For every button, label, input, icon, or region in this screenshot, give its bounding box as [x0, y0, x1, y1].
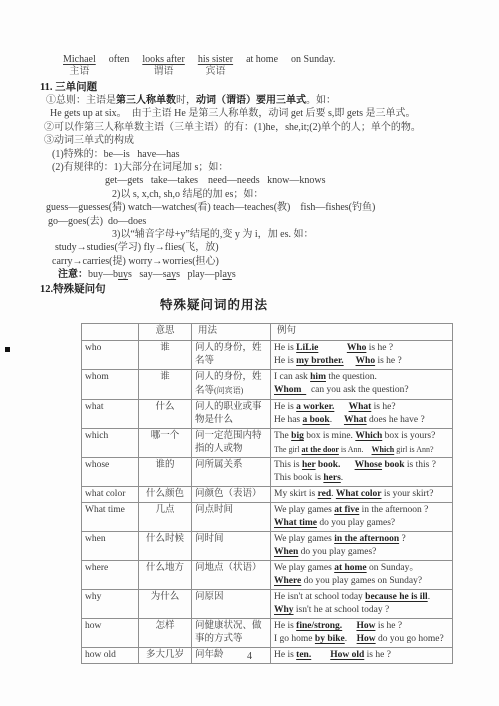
- text-segment: at the door: [302, 445, 339, 454]
- meaning-cell: 什么颜色: [139, 486, 192, 502]
- meaning-cell: 几点: [139, 502, 192, 531]
- column-header: 例句: [271, 323, 453, 340]
- text-segment: is this ?: [405, 460, 436, 470]
- text-segment: box is mine.: [304, 431, 355, 441]
- examples-cell: We play games in the afternoon ?When do …: [271, 531, 453, 560]
- sentence-word: often: [109, 54, 130, 66]
- text-segment: The girl: [274, 445, 302, 454]
- page-number: 4: [0, 651, 499, 662]
- body-line: ①总则：主语是第三人称单数时，动词（谓语）要用三单式。如：: [46, 94, 499, 107]
- usage-cell: 问人的职业或事物是什么: [192, 399, 271, 428]
- text-segment: 问一定范围内特指的人或物: [195, 431, 262, 454]
- text-segment: ay: [222, 269, 231, 280]
- grammar-role-label: 主语: [63, 66, 96, 78]
- sentence-part: often: [109, 54, 130, 78]
- grammar-role-label: [109, 66, 130, 78]
- meaning-cell: 谁: [139, 369, 192, 399]
- text-segment: [318, 343, 347, 353]
- text-segment: I can ask: [274, 372, 310, 382]
- table-header-row: 意思用法例句: [82, 323, 453, 340]
- text-segment: her: [302, 460, 316, 470]
- examples-cell: He is LiLie Who is he ?He is my brother.…: [271, 340, 453, 369]
- text-segment: Who: [356, 356, 376, 366]
- text-segment: a worker.: [296, 402, 334, 412]
- body-line: ③动词三单式的构成: [44, 134, 499, 147]
- text-segment: s say—s: [128, 269, 167, 280]
- text-segment: 问人的职业或事物是什么: [195, 402, 262, 425]
- text-segment: (问宾语): [214, 386, 243, 395]
- meaning-cell: 什么: [139, 399, 192, 428]
- question-word-cell: what color: [82, 486, 139, 502]
- table-title: 特殊疑问词的用法: [160, 298, 499, 313]
- examples-cell: He isn't at school today because he is i…: [271, 589, 453, 618]
- sentence-word: his sister: [198, 54, 233, 66]
- text-segment: How: [356, 621, 375, 631]
- text-segment: is he ?: [366, 343, 393, 353]
- body-line: 注意：buy—buys say—says play—plays: [58, 268, 499, 281]
- example-line: He is fine/strong. How is he ?: [274, 620, 449, 633]
- section-11-heading: 11. 三单问题: [40, 81, 499, 94]
- text-segment: .: [428, 592, 430, 602]
- text-segment: by bike: [315, 634, 345, 644]
- text-segment: .: [345, 634, 357, 644]
- example-line: We play games at home on Sunday。: [274, 562, 449, 575]
- text-segment: I go home: [274, 634, 315, 644]
- text-segment: isn't he at school today ?: [294, 605, 390, 615]
- text-segment: How: [357, 634, 376, 644]
- sentence-word: at home: [246, 54, 278, 66]
- grammar-role-label: 谓语: [142, 66, 185, 78]
- text-segment: 问颜色（表语）: [195, 489, 262, 499]
- text-segment: He is: [274, 621, 296, 631]
- usage-cell: 问地点（状语）: [192, 560, 271, 589]
- text-segment: 时，: [176, 95, 196, 106]
- text-segment: Which: [372, 445, 395, 454]
- text-segment: ?: [399, 534, 406, 544]
- sentence-part: on Sunday.: [291, 54, 335, 78]
- text-segment: is Ann.: [339, 445, 372, 454]
- example-line: Where do you play games on Sunday?: [274, 575, 449, 588]
- text-segment: at home: [334, 563, 366, 573]
- example-line: He is a worker. What is he?: [274, 401, 449, 414]
- section-12-heading: 12.特殊疑问句: [40, 283, 499, 296]
- body-line: ②可以作第三人称单数主语（三单主语）的有：(1)he，she,it;(2)单个的…: [44, 121, 499, 134]
- body-line: carry→carries(提) worry→worries(担心): [52, 255, 499, 268]
- text-segment: 问原因: [195, 592, 224, 602]
- sentence-word: Michael: [63, 54, 96, 66]
- sentence-part: at home: [246, 54, 278, 78]
- table-row: who谁问人的身份，姓名等He is LiLie Who is he ?He i…: [82, 340, 453, 369]
- text-segment: 注意：: [58, 269, 88, 280]
- text-segment: is he?: [371, 402, 395, 412]
- table-row: where什么地方问地点（状语）We play games at home on…: [82, 560, 453, 589]
- example-line: This book is hers.: [274, 472, 449, 485]
- text-segment: guess—guesses(猜) watch—watches(看) teach—…: [46, 202, 375, 213]
- example-line: Whom can you ask the question?: [274, 384, 449, 397]
- text-segment: carry→carries(提) worry→worries(担心): [52, 256, 219, 267]
- text-segment: my brother.: [296, 356, 344, 366]
- text-segment: This is: [274, 460, 302, 470]
- usage-cell: 问所属关系: [192, 457, 271, 486]
- usage-cell: 问颜色（表语）: [192, 486, 271, 502]
- text-segment: in the afternoon: [334, 534, 399, 544]
- table-row: what color什么颜色问颜色（表语）My skirt is red. Wh…: [82, 486, 453, 502]
- text-segment: Which: [355, 431, 382, 441]
- meaning-cell: 为什么: [139, 589, 192, 618]
- body-line: He gets up at six。 由于主语 He 是第三人称单数，动词 ge…: [50, 107, 499, 120]
- text-segment: study→studies(学习) fly→flies(飞，放): [55, 242, 219, 253]
- question-word-cell: which: [82, 428, 139, 457]
- body-line: 2)以 s, x,ch, sh,o 结尾的加 es；如：: [112, 188, 499, 201]
- table-row: whom谁问人的身份，姓名等(问宾语)I can ask him the que…: [82, 369, 453, 399]
- text-segment: ay: [167, 269, 176, 280]
- text-segment: is your skirt?: [382, 489, 434, 499]
- text-segment: We play games: [274, 534, 334, 544]
- meaning-cell: 怎样: [139, 618, 192, 647]
- document-page: Michael主语oftenlooks after谓语his sister宾语a…: [0, 0, 499, 706]
- text-segment: 问点时间: [195, 505, 233, 515]
- example-line: The big box is mine. Which box is yours?: [274, 430, 449, 443]
- text-segment: .: [330, 415, 344, 425]
- body-line: (2)有规律的：1)大部分在词尾加 s；如：: [52, 161, 499, 174]
- text-segment: [340, 460, 354, 470]
- text-segment: 第三人称单数: [116, 95, 176, 106]
- text-segment: This book is: [274, 473, 323, 483]
- text-segment: on Sunday。: [367, 563, 419, 573]
- question-word-cell: how: [82, 618, 139, 647]
- text-segment: .: [341, 473, 343, 483]
- sentence-word: on Sunday.: [291, 54, 335, 66]
- text-segment: the question.: [326, 372, 377, 382]
- text-segment: [334, 402, 348, 412]
- sentence-diagram: Michael主语oftenlooks after谓语his sister宾语a…: [63, 54, 499, 78]
- text-segment: He is: [274, 356, 296, 366]
- example-line: The girl at the door is Ann. Which girl …: [274, 443, 449, 456]
- text-segment: What: [349, 402, 372, 412]
- text-segment: box is yours?: [382, 431, 435, 441]
- examples-cell: This is her book. Whose book is this ?Th…: [271, 457, 453, 486]
- text-segment: girl is Ann?: [394, 445, 433, 454]
- question-word-cell: who: [82, 340, 139, 369]
- text-segment: He is: [274, 402, 296, 412]
- usage-cell: 问时间: [192, 531, 271, 560]
- question-word-cell: What time: [82, 502, 139, 531]
- meaning-cell: 什么地方: [139, 560, 192, 589]
- text-segment: 3)以“辅音字母+y”结尾的,变 y 为 i，加 es. 如：: [112, 229, 313, 240]
- text-segment: Whose: [355, 460, 382, 470]
- text-segment: The: [274, 431, 291, 441]
- text-segment: 2)以 s, x,ch, sh,o 结尾的加 es；如：: [112, 189, 263, 200]
- sentence-word: looks after: [142, 54, 185, 66]
- margin-dot: [5, 347, 10, 352]
- sentence-part: Michael主语: [63, 54, 96, 78]
- meaning-cell: 谁: [139, 340, 192, 369]
- text-segment: do you play games on Sunday?: [301, 576, 422, 586]
- text-segment: 动词（谓语）要用三单式: [196, 95, 306, 106]
- text-segment: We play games: [274, 563, 334, 573]
- text-segment: (1)特殊的：be—is have—has: [52, 149, 179, 160]
- section-11-body: ①总则：主语是第三人称单数时，动词（谓语）要用三单式。如：He gets up …: [0, 94, 499, 282]
- examples-cell: He is a worker. What is he?He has a book…: [271, 399, 453, 428]
- meaning-cell: 什么时候: [139, 531, 192, 560]
- examples-cell: The big box is mine. Which box is yours?…: [271, 428, 453, 457]
- table-row: What time几点问点时间We play games at five in …: [82, 502, 453, 531]
- example-line: He is my brother. Who is he ?: [274, 355, 449, 368]
- text-segment: ③动词三单式的构成: [44, 135, 134, 146]
- example-line: He has a book. What does he have ?: [274, 414, 449, 427]
- text-segment: s play—pl: [176, 269, 222, 280]
- text-segment: s: [232, 269, 236, 280]
- usage-cell: 问人的身份，姓名等(问宾语): [192, 369, 271, 399]
- text-segment: big: [291, 431, 304, 441]
- grammar-role-label: [291, 66, 335, 78]
- text-segment: 问地点（状语）: [195, 563, 262, 573]
- examples-cell: We play games at home on Sunday。Where do…: [271, 560, 453, 589]
- text-segment: He isn't at school today: [274, 592, 365, 602]
- question-word-cell: whose: [82, 457, 139, 486]
- text-segment: a book: [303, 415, 330, 425]
- question-word-cell: when: [82, 531, 139, 560]
- example-line: This is her book. Whose book is this ?: [274, 459, 449, 472]
- example-line: My skirt is red. What color is your skir…: [274, 488, 449, 501]
- text-segment: red: [318, 489, 332, 499]
- text-segment: is he ?: [375, 356, 402, 366]
- text-segment: He gets up at six。 由于主语 He 是第三人称单数，动词 ge…: [50, 108, 416, 119]
- example-line: He is LiLie Who is he ?: [274, 342, 449, 355]
- table-row: when什么时候问时间We play games in the afternoo…: [82, 531, 453, 560]
- text-segment: He has: [274, 415, 303, 425]
- text-segment: 问健康状况、做事的方式等: [195, 621, 262, 644]
- grammar-role-label: [246, 66, 278, 78]
- text-segment: What color: [336, 489, 382, 499]
- text-segment: Why: [274, 605, 294, 615]
- text-segment: When: [274, 547, 298, 557]
- usage-cell: 问人的身份，姓名等: [192, 340, 271, 369]
- text-segment: Whom: [274, 385, 306, 395]
- question-words-table: 意思用法例句who谁问人的身份，姓名等He is LiLie Who is he…: [81, 323, 453, 664]
- examples-cell: We play games at five in the afternoon ?…: [271, 502, 453, 531]
- text-segment: What time: [274, 518, 317, 528]
- text-segment: at five: [334, 505, 359, 515]
- text-segment: in the afternoon ?: [359, 505, 428, 515]
- example-line: We play games in the afternoon ?: [274, 533, 449, 546]
- sentence-part: his sister宾语: [198, 54, 233, 78]
- grammar-role-label: 宾语: [198, 66, 233, 78]
- text-segment: can you ask the question?: [306, 385, 408, 395]
- body-line: (1)特殊的：be—is have—has: [52, 148, 499, 161]
- example-line: We play games at five in the afternoon ?: [274, 504, 449, 517]
- text-segment: We play games: [274, 505, 334, 515]
- example-line: He isn't at school today because he is i…: [274, 591, 449, 604]
- body-line: get—gets take—takes need—needs know—know…: [105, 174, 499, 187]
- text-segment: 问所属关系: [195, 460, 243, 470]
- table-row: what什么问人的职业或事物是什么He is a worker. What is…: [82, 399, 453, 428]
- body-line: study→studies(学习) fly→flies(飞，放): [55, 241, 499, 254]
- example-line: I go home by bike. How do you go home?: [274, 633, 449, 646]
- usage-cell: 问健康状况、做事的方式等: [192, 618, 271, 647]
- text-segment: [344, 356, 356, 366]
- body-line: go—goes(去) do—does: [48, 215, 499, 228]
- text-segment: Where: [274, 576, 301, 586]
- text-segment: My skirt is: [274, 489, 318, 499]
- text-segment: hers: [323, 473, 340, 483]
- text-segment: ②可以作第三人称单数主语（三单主语）的有：(1)he，she,it;(2)单个的…: [44, 122, 421, 133]
- table-row: how怎样问健康状况、做事的方式等He is fine/strong. How …: [82, 618, 453, 647]
- meaning-cell: 哪一个: [139, 428, 192, 457]
- text-segment: fine/strong.: [296, 621, 342, 631]
- text-segment: him: [310, 372, 326, 382]
- example-line: Why isn't he at school today ?: [274, 604, 449, 617]
- text-segment: (2)有规律的：1)大部分在词尾加 s；如：: [52, 162, 228, 173]
- text-segment: 问时间: [195, 534, 224, 544]
- text-segment: He is: [274, 343, 296, 353]
- example-line: What time do you play games?: [274, 517, 449, 530]
- text-segment: What: [344, 415, 367, 425]
- examples-cell: He is fine/strong. How is he ?I go home …: [271, 618, 453, 647]
- column-header: 用法: [192, 323, 271, 340]
- example-line: When do you play games?: [274, 546, 449, 559]
- meaning-cell: 谁的: [139, 457, 192, 486]
- text-segment: Who: [347, 343, 367, 353]
- table-row: which哪一个问一定范围内特指的人或物The big box is mine.…: [82, 428, 453, 457]
- text-segment: does he have ?: [367, 415, 425, 425]
- example-line: I can ask him the question.: [274, 371, 449, 384]
- body-line: guess—guesses(猜) watch—watches(看) teach—…: [46, 201, 499, 214]
- examples-cell: I can ask him the question.Whom can you …: [271, 369, 453, 399]
- text-segment: book: [382, 460, 404, 470]
- examples-cell: My skirt is red. What color is your skir…: [271, 486, 453, 502]
- body-line: 3)以“辅音字母+y”结尾的,变 y 为 i，加 es. 如：: [112, 228, 499, 241]
- sentence-part: looks after谓语: [142, 54, 185, 78]
- text-segment: [342, 621, 356, 631]
- text-segment: buy—b: [88, 269, 118, 280]
- text-segment: LiLie: [296, 343, 318, 353]
- text-segment: do you play games?: [317, 518, 395, 528]
- text-segment: is he ?: [375, 621, 402, 631]
- table-row: why为什么问原因He isn't at school today becaus…: [82, 589, 453, 618]
- column-header: [82, 323, 139, 340]
- question-word-cell: why: [82, 589, 139, 618]
- text-segment: book.: [316, 460, 341, 470]
- text-segment: 。如：: [306, 95, 336, 106]
- usage-cell: 问一定范围内特指的人或物: [192, 428, 271, 457]
- text-segment: do you go home?: [376, 634, 444, 644]
- text-segment: 问人的身份，姓名等: [195, 343, 262, 366]
- question-word-cell: where: [82, 560, 139, 589]
- text-segment: because he is ill: [365, 592, 428, 602]
- text-segment: go—goes(去) do—does: [48, 216, 146, 227]
- usage-cell: 问原因: [192, 589, 271, 618]
- text-segment: uy: [118, 269, 128, 280]
- usage-cell: 问点时间: [192, 502, 271, 531]
- text-segment: get—gets take—takes need—needs know—know…: [105, 175, 326, 186]
- table-row: whose谁的问所属关系This is her book. Whose book…: [82, 457, 453, 486]
- text-segment: do you play games?: [298, 547, 376, 557]
- question-word-cell: what: [82, 399, 139, 428]
- question-word-cell: whom: [82, 369, 139, 399]
- column-header: 意思: [139, 323, 192, 340]
- text-segment: ①总则：主语是: [46, 95, 116, 106]
